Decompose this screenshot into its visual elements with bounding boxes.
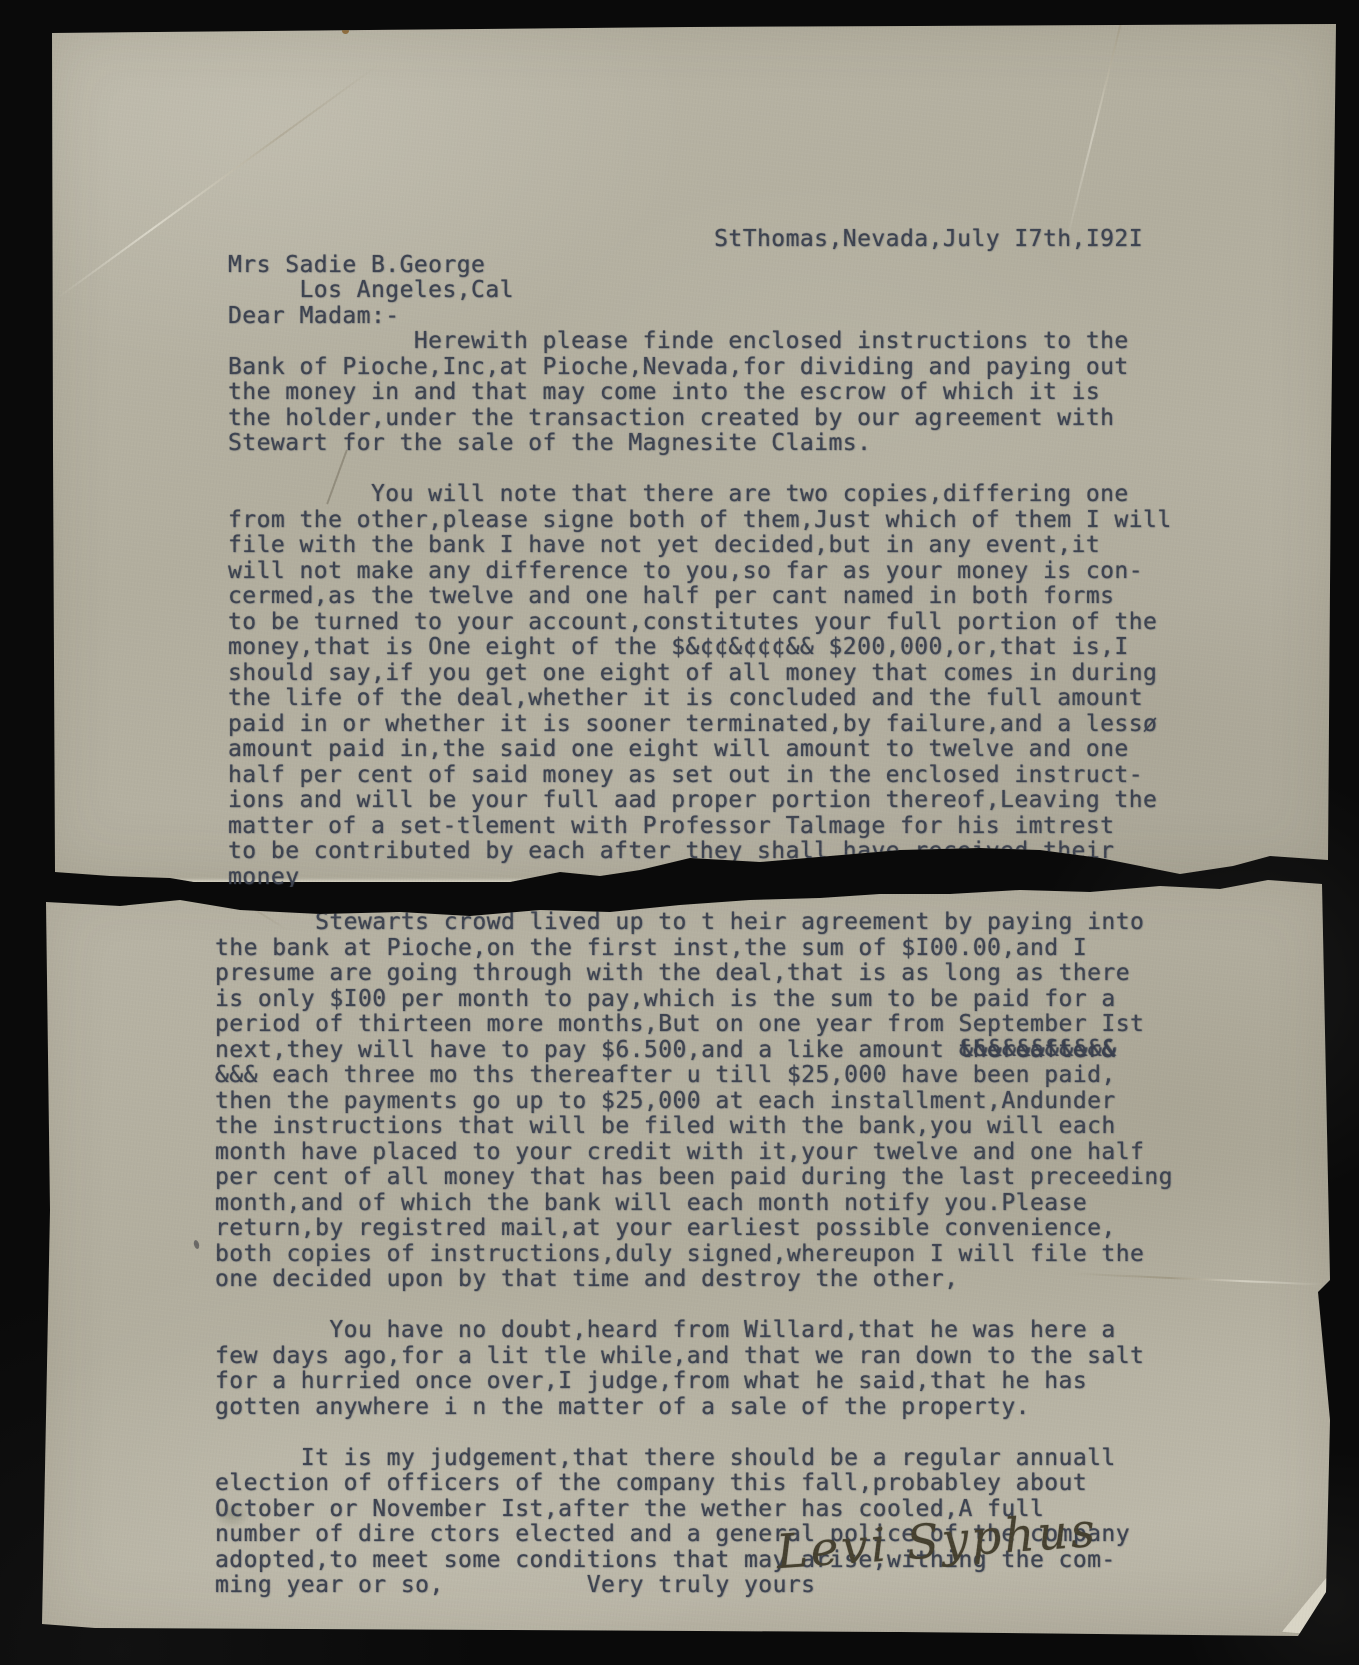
typed-text-page-1: StThomas,Nevada,July I7th,I92I Mrs Sadie… — [228, 227, 1172, 890]
crease-mark — [1064, 23, 1122, 247]
letter-page-top: StThomas,Nevada,July I7th,I92I Mrs Sadie… — [40, 20, 1340, 882]
paper-speck — [193, 1240, 200, 1250]
folded-corner — [1282, 1578, 1328, 1634]
letter-page-bottom: Stewarts crowd lived up to t heir agreem… — [36, 874, 1336, 1638]
overtype-strike: &&&&&&&&&&& — [959, 1037, 1116, 1063]
letter-photo: StThomas,Nevada,July I7th,I92I Mrs Sadie… — [0, 0, 1359, 1665]
paper-speck — [342, 28, 349, 34]
typed-text-page-2: Stewarts crowd lived up to t heir agreem… — [215, 910, 1173, 1599]
